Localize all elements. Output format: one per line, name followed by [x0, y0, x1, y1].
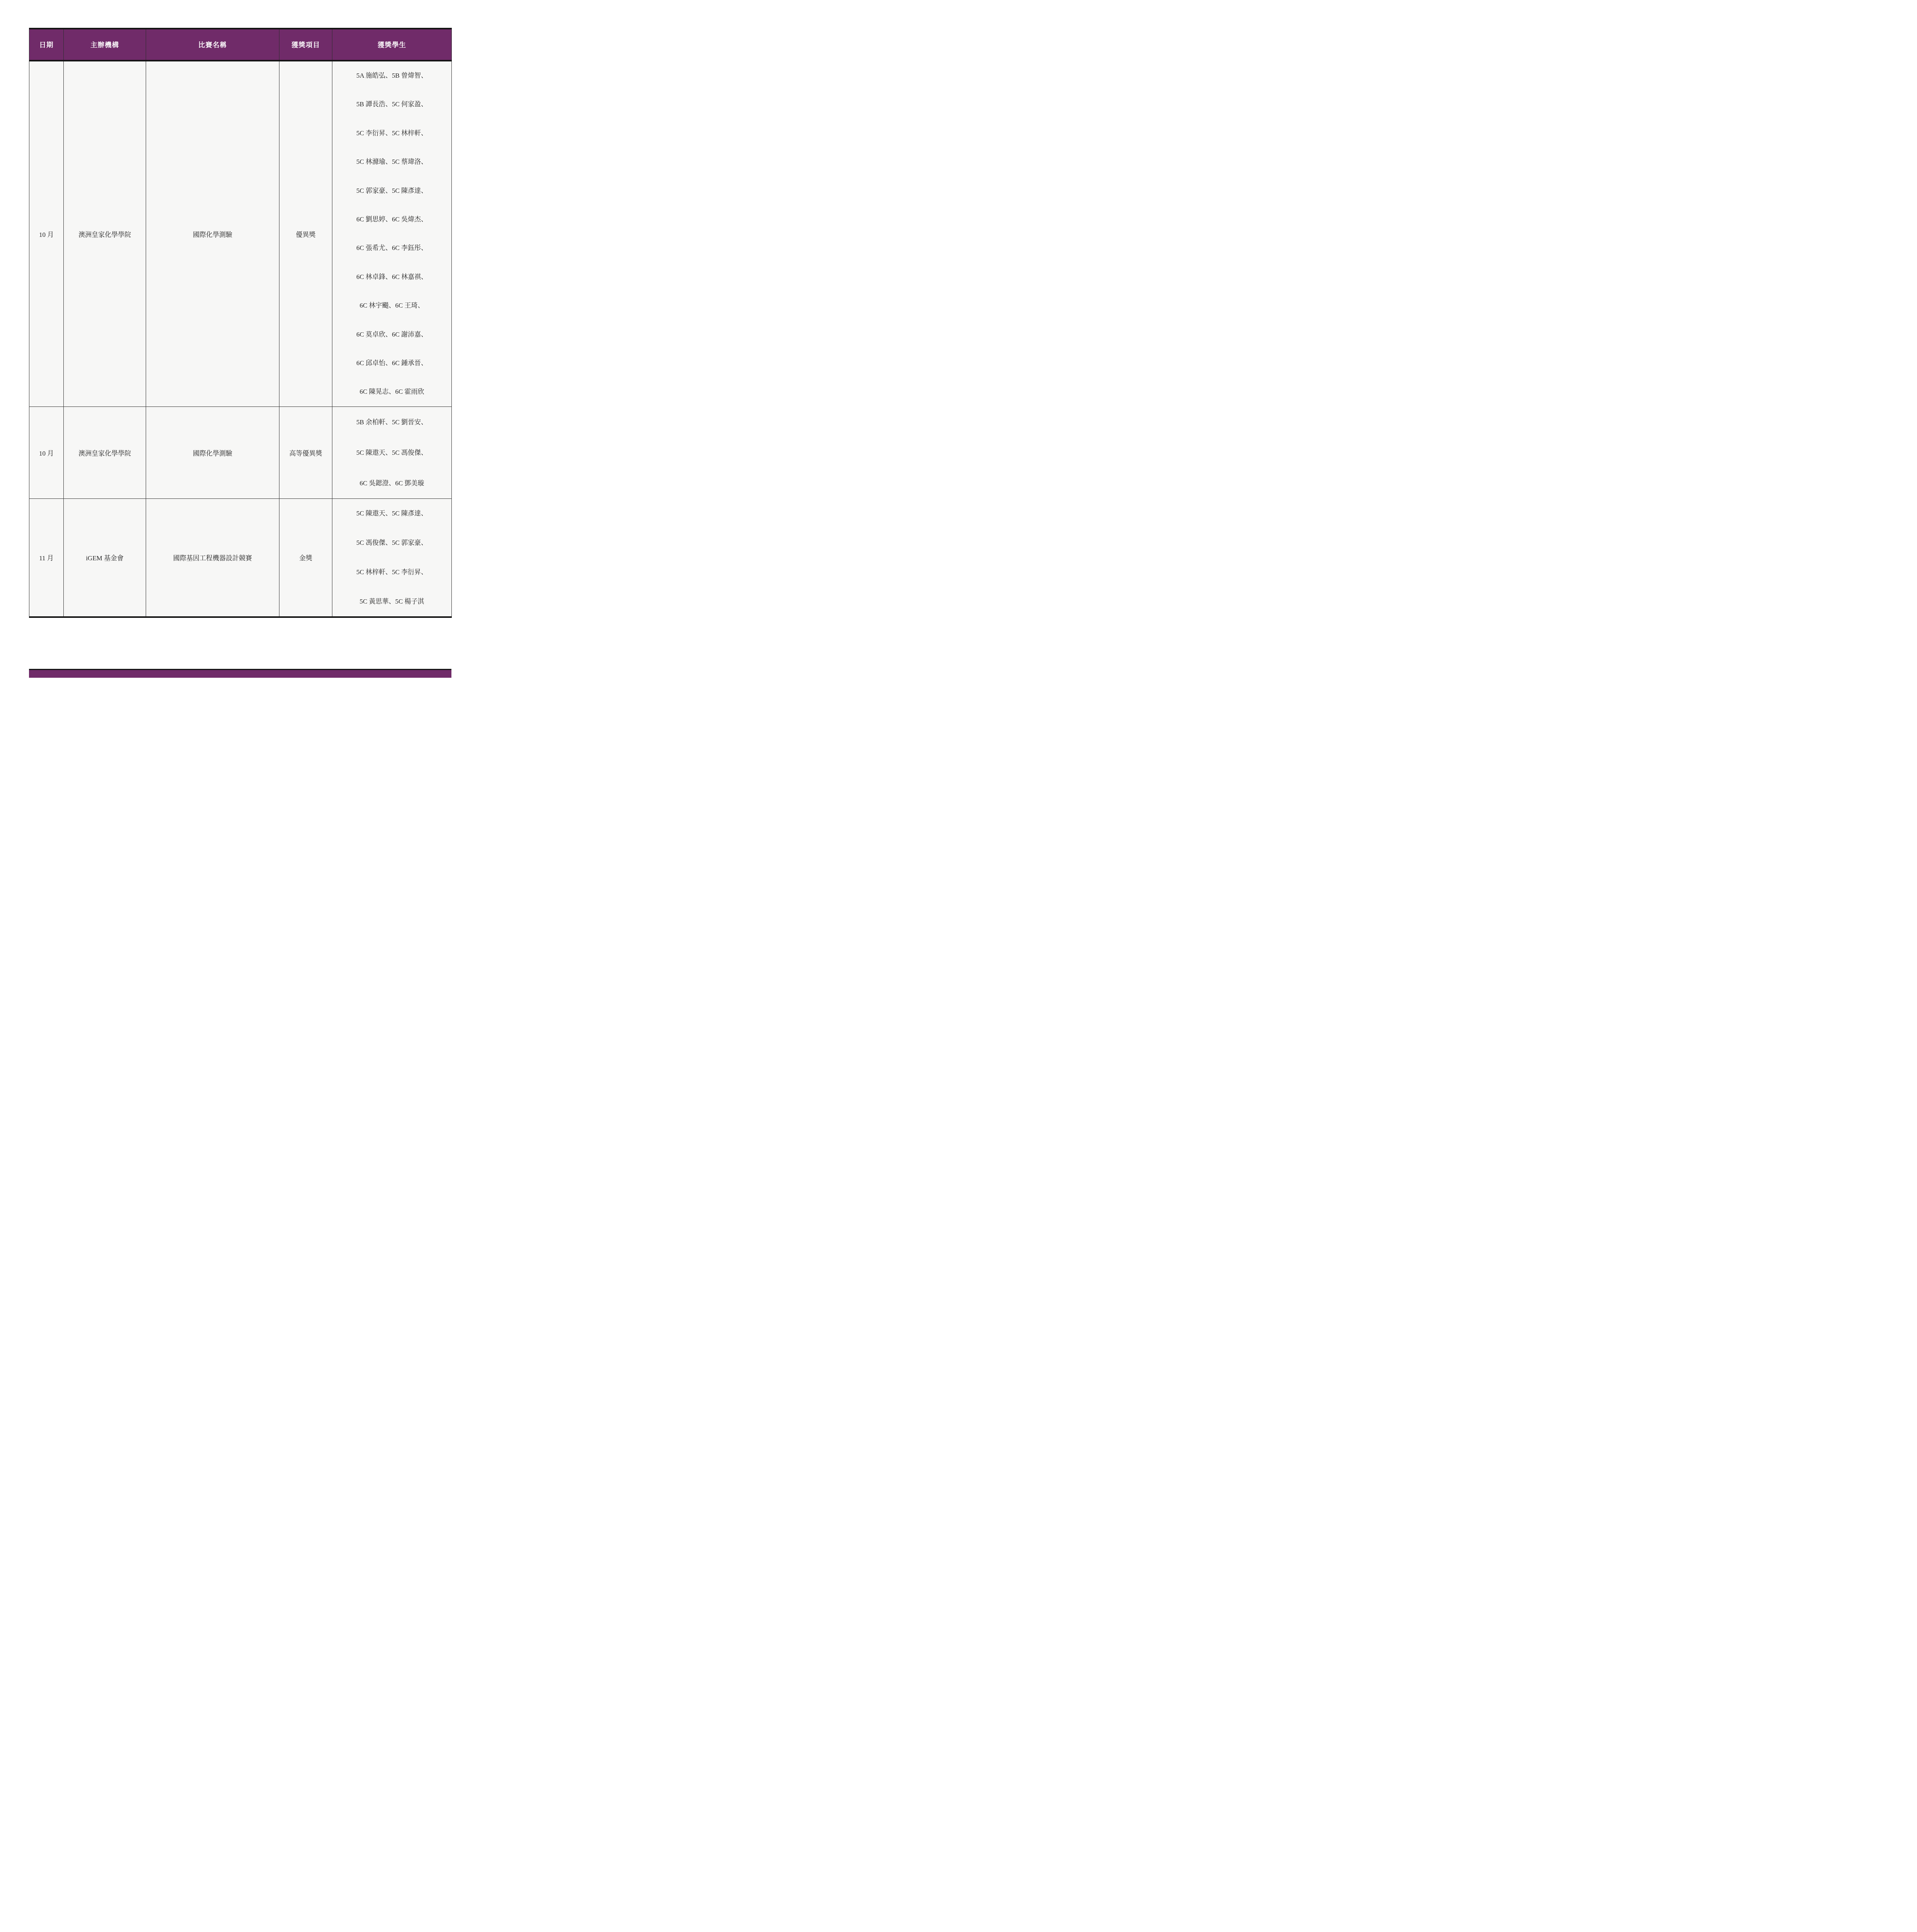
- student-lines: 5C 陳遨天、5C 陳彥達、5C 馮俊傑、5C 郭家豪、5C 林梓軒、5C 李衍…: [333, 499, 451, 616]
- table-row: 11 月 iGEM 基金會 國際基因工程機器設計競賽 金獎 5C 陳遨天、5C …: [29, 498, 452, 617]
- cell-date: 10 月: [29, 61, 64, 406]
- student-line: 6C 莫卓欣、6C 謝沛嘉、: [356, 320, 427, 349]
- student-line: 5C 馮俊傑、5C 郭家豪、: [356, 528, 427, 558]
- cell-competition: 國際化學測驗: [146, 406, 279, 498]
- student-line: 5C 陳遨天、5C 馮俊傑、: [356, 437, 427, 468]
- cell-award: 優異獎: [279, 61, 332, 406]
- student-line: 5C 李衍昇、5C 林梓軒、: [356, 119, 427, 148]
- table-row: 10 月 澳洲皇家化學學院 國際化學測驗 優異獎 5A 施皓弘、5B 曾煒智、5…: [29, 61, 452, 406]
- student-line: 5C 林滌瑜、5C 蔡瑋洛、: [356, 148, 427, 176]
- next-table-header-partial: [29, 669, 451, 678]
- cell-date: 10 月: [29, 406, 64, 498]
- awards-table-header: 日期 主辦機構 比賽名稱 獲獎項目 獲獎學生: [29, 29, 452, 61]
- student-line: 5C 黃思華、5C 楊子淇: [359, 587, 424, 616]
- cell-award: 高等優異獎: [279, 406, 332, 498]
- cell-organizer: iGEM 基金會: [64, 498, 146, 617]
- student-line: 5A 施皓弘、5B 曾煒智、: [356, 61, 427, 90]
- student-line: 5C 郭家豪、5C 陳彥達、: [356, 177, 427, 205]
- cell-organizer: 澳洲皇家化學學院: [64, 406, 146, 498]
- student-line: 6C 劉思婷、6C 吳煒杰、: [356, 205, 427, 234]
- student-line: 6C 林卓鋒、6C 林嘉祺、: [356, 263, 427, 291]
- student-lines: 5B 余柏軒、5C 劉晉安、5C 陳遨天、5C 馮俊傑、6C 吳鍶澄、6C 鄧美…: [333, 407, 451, 498]
- student-line: 5C 陳遨天、5C 陳彥達、: [356, 499, 427, 528]
- student-lines: 5A 施皓弘、5B 曾煒智、5B 譚長浩、5C 何家盈、5C 李衍昇、5C 林梓…: [333, 61, 451, 406]
- header-cell-award: 獲獎項目: [279, 29, 332, 61]
- cell-students: 5C 陳遨天、5C 陳彥達、5C 馮俊傑、5C 郭家豪、5C 林梓軒、5C 李衍…: [332, 498, 452, 617]
- student-line: 6C 張希尤、6C 李鈺彤、: [356, 234, 427, 262]
- student-line: 6C 陳晃志、6C 霍雨欣: [359, 378, 424, 406]
- awards-table-body: 10 月 澳洲皇家化學學院 國際化學測驗 優異獎 5A 施皓弘、5B 曾煒智、5…: [29, 61, 452, 617]
- header-cell-organizer: 主辦機構: [64, 29, 146, 61]
- cell-students: 5A 施皓弘、5B 曾煒智、5B 譚長浩、5C 何家盈、5C 李衍昇、5C 林梓…: [332, 61, 452, 406]
- cell-date: 11 月: [29, 498, 64, 617]
- student-line: 5B 余柏軒、5C 劉晉安、: [356, 407, 427, 437]
- cell-award: 金獎: [279, 498, 332, 617]
- table-row: 10 月 澳洲皇家化學學院 國際化學測驗 高等優異獎 5B 余柏軒、5C 劉晉安…: [29, 406, 452, 498]
- student-line: 6C 林宇颺、6C 王琦、: [359, 291, 424, 320]
- cell-competition: 國際化學測驗: [146, 61, 279, 406]
- student-line: 5B 譚長浩、5C 何家盈、: [356, 90, 427, 119]
- cell-organizer: 澳洲皇家化學學院: [64, 61, 146, 406]
- header-cell-competition: 比賽名稱: [146, 29, 279, 61]
- document-page: 日期 主辦機構 比賽名稱 獲獎項目 獲獎學生 10 月 澳洲皇家化學學院 國際化…: [0, 0, 479, 678]
- awards-table: 日期 主辦機構 比賽名稱 獲獎項目 獲獎學生 10 月 澳洲皇家化學學院 國際化…: [29, 28, 452, 618]
- student-line: 5C 林梓軒、5C 李衍昇、: [356, 558, 427, 587]
- header-cell-date: 日期: [29, 29, 64, 61]
- cell-competition: 國際基因工程機器設計競賽: [146, 498, 279, 617]
- cell-students: 5B 余柏軒、5C 劉晉安、5C 陳遨天、5C 馮俊傑、6C 吳鍶澄、6C 鄧美…: [332, 406, 452, 498]
- header-cell-students: 獲獎學生: [332, 29, 452, 61]
- student-line: 6C 吳鍶澄、6C 鄧美璇: [359, 468, 424, 498]
- header-row: 日期 主辦機構 比賽名稱 獲獎項目 獲獎學生: [29, 29, 452, 61]
- student-line: 6C 邱卓怡、6C 鍾承晉、: [356, 349, 427, 378]
